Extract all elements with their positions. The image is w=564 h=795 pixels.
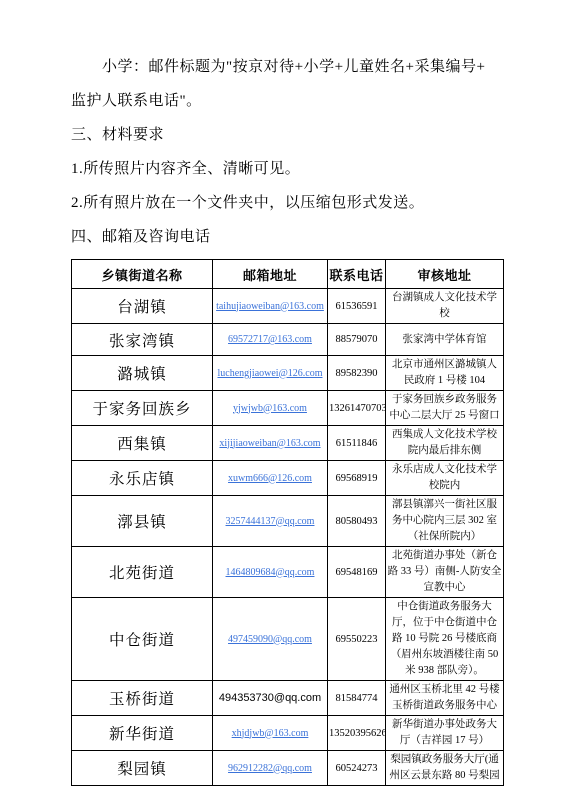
email-cell: xuwm666@126.com <box>213 461 328 496</box>
town-name-cell: 新华街道 <box>72 716 213 751</box>
address-cell: 北京市通州区潞城镇人民政府 1 号楼 104 <box>386 356 504 391</box>
paragraph-requirement-2: 2.所有照片放在一个文件夹中，以压缩包形式发送。 <box>71 186 503 220</box>
email-text: 494353730@qq.com <box>219 692 321 704</box>
phone-cell: 81584774 <box>328 681 386 716</box>
table-row: 漷县镇3257444137@qq.com80580493漷县镇漷兴一街社区服务中… <box>72 496 504 547</box>
email-link[interactable]: yjwjwb@163.com <box>233 403 307 414</box>
table-row: 永乐店镇xuwm666@126.com69568919永乐店成人文化技术学校院内 <box>72 461 504 496</box>
email-link[interactable]: 962912282@qq.com <box>228 763 312 774</box>
table-row: 中仓街道497459090@qq.com69550223中仓街道政务服务大厅，位… <box>72 598 504 681</box>
phone-cell: 13520395626 <box>328 716 386 751</box>
address-cell: 北苑街道办事处（新仓路 33 号）南侧-人防安全宣教中心 <box>386 547 504 598</box>
table-row: 新华街道xhjdjwb@163.com13520395626新华街道办事处政务大… <box>72 716 504 751</box>
town-name-cell: 北苑街道 <box>72 547 213 598</box>
paragraph-email-title-line2: 监护人联系电话"。 <box>71 84 503 118</box>
phone-cell: 89582390 <box>328 356 386 391</box>
address-cell: 永乐店成人文化技术学校院内 <box>386 461 504 496</box>
address-cell: 于家务回族乡政务服务中心二层大厅 25 号窗口 <box>386 391 504 426</box>
paragraph-email-title-line1: 小学：邮件标题为"按京对待+小学+儿童姓名+采集编号+ <box>71 50 503 84</box>
town-name-cell: 台湖镇 <box>72 289 213 324</box>
column-header-email: 邮箱地址 <box>213 260 328 289</box>
table-header-row: 乡镇街道名称 邮箱地址 联系电话 审核地址 <box>72 260 504 289</box>
document-page: { "document": { "lines": [ { "text": "小学… <box>0 0 564 795</box>
phone-cell: 88579070 <box>328 324 386 356</box>
table-body: 台湖镇taihujiaoweiban@163.com61536591台湖镇成人文… <box>72 289 504 786</box>
address-cell: 台湖镇成人文化技术学校 <box>386 289 504 324</box>
address-cell: 新华街道办事处政务大厅（吉祥园 17 号） <box>386 716 504 751</box>
phone-cell: 69568919 <box>328 461 386 496</box>
phone-cell: 69550223 <box>328 598 386 681</box>
email-cell: yjwjwb@163.com <box>213 391 328 426</box>
town-name-cell: 梨园镇 <box>72 751 213 786</box>
phone-cell: 80580493 <box>328 496 386 547</box>
table-row: 于家务回族乡yjwjwb@163.com13261470703于家务回族乡政务服… <box>72 391 504 426</box>
town-name-cell: 于家务回族乡 <box>72 391 213 426</box>
table-row: 张家湾镇69572717@163.com88579070张家湾中学体育馆 <box>72 324 504 356</box>
email-link[interactable]: xuwm666@126.com <box>228 473 312 484</box>
address-cell: 漷县镇漷兴一街社区服务中心院内三层 302 室（社保所院内） <box>386 496 504 547</box>
email-link[interactable]: 69572717@163.com <box>228 334 312 345</box>
email-link[interactable]: xhjdjwb@163.com <box>232 728 309 739</box>
paragraph-requirement-1: 1.所传照片内容齐全、清晰可见。 <box>71 152 503 186</box>
town-name-cell: 漷县镇 <box>72 496 213 547</box>
town-name-cell: 西集镇 <box>72 426 213 461</box>
contact-table: 乡镇街道名称 邮箱地址 联系电话 审核地址 台湖镇taihujiaoweiban… <box>71 259 504 786</box>
column-header-address: 审核地址 <box>386 260 504 289</box>
email-cell: 69572717@163.com <box>213 324 328 356</box>
email-link[interactable]: xijijiaoweiban@163.com <box>219 438 320 449</box>
town-name-cell: 玉桥街道 <box>72 681 213 716</box>
email-cell: luchengjiaowei@126.com <box>213 356 328 391</box>
address-cell: 西集成人文化技术学校院内最后排东侧 <box>386 426 504 461</box>
table-row: 西集镇xijijiaoweiban@163.com61511846西集成人文化技… <box>72 426 504 461</box>
address-cell: 张家湾中学体育馆 <box>386 324 504 356</box>
heading-section-four: 四、邮箱及咨询电话 <box>71 220 503 254</box>
column-header-phone: 联系电话 <box>328 260 386 289</box>
email-cell: xhjdjwb@163.com <box>213 716 328 751</box>
email-cell: xijijiaoweiban@163.com <box>213 426 328 461</box>
email-link[interactable]: 3257444137@qq.com <box>226 516 315 527</box>
town-name-cell: 永乐店镇 <box>72 461 213 496</box>
address-cell: 中仓街道政务服务大厅，位于中仓街道中仓路 10 号院 26 号楼底商（眉州东坡酒… <box>386 598 504 681</box>
table-row: 北苑街道1464809684@qq.com69548169北苑街道办事处（新仓路… <box>72 547 504 598</box>
email-cell: 3257444137@qq.com <box>213 496 328 547</box>
email-link[interactable]: taihujiaoweiban@163.com <box>216 301 324 312</box>
table-row: 梨园镇962912282@qq.com60524273梨园镇政务服务大厅(通州区… <box>72 751 504 786</box>
email-cell: 962912282@qq.com <box>213 751 328 786</box>
email-link[interactable]: 1464809684@qq.com <box>226 567 315 578</box>
phone-cell: 13261470703 <box>328 391 386 426</box>
town-name-cell: 中仓街道 <box>72 598 213 681</box>
heading-section-three: 三、材料要求 <box>71 118 503 152</box>
table-row: 玉桥街道494353730@qq.com81584774通州区玉桥北里 42 号… <box>72 681 504 716</box>
email-link[interactable]: luchengjiaowei@126.com <box>217 368 322 379</box>
email-cell: 497459090@qq.com <box>213 598 328 681</box>
email-link[interactable]: 497459090@qq.com <box>228 634 312 645</box>
phone-cell: 69548169 <box>328 547 386 598</box>
address-cell: 梨园镇政务服务大厅(通州区云景东路 80 号梨园 <box>386 751 504 786</box>
column-header-town: 乡镇街道名称 <box>72 260 213 289</box>
email-cell: 1464809684@qq.com <box>213 547 328 598</box>
address-cell: 通州区玉桥北里 42 号楼玉桥街道政务服务中心 <box>386 681 504 716</box>
table-row: 台湖镇taihujiaoweiban@163.com61536591台湖镇成人文… <box>72 289 504 324</box>
phone-cell: 61536591 <box>328 289 386 324</box>
document-content: 小学：邮件标题为"按京对待+小学+儿童姓名+采集编号+ 监护人联系电话"。 三、… <box>71 50 503 786</box>
phone-cell: 60524273 <box>328 751 386 786</box>
phone-cell: 61511846 <box>328 426 386 461</box>
email-cell: taihujiaoweiban@163.com <box>213 289 328 324</box>
email-cell: 494353730@qq.com <box>213 681 328 716</box>
town-name-cell: 潞城镇 <box>72 356 213 391</box>
table-row: 潞城镇luchengjiaowei@126.com89582390北京市通州区潞… <box>72 356 504 391</box>
town-name-cell: 张家湾镇 <box>72 324 213 356</box>
